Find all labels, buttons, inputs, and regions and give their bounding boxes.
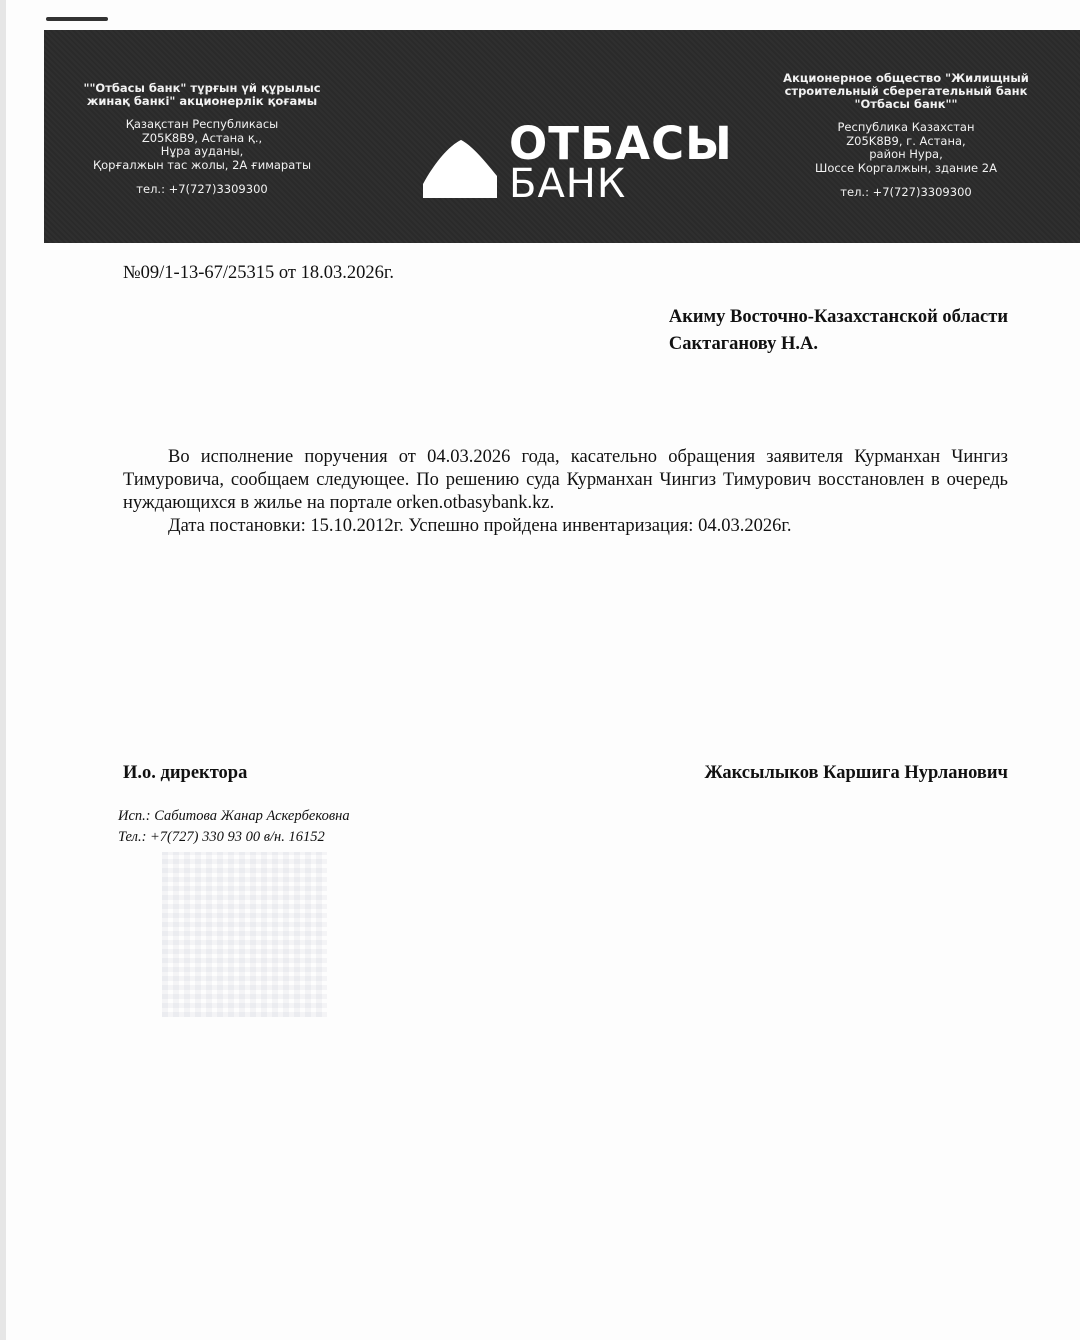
org-name-kz: ""Отбасы банк" тұрғын үй құрылыс жинақ б… [82, 82, 322, 108]
addressee-name: Сактаганову Н.А. [669, 331, 1008, 358]
address-line: Республика Казахстан [766, 121, 1046, 135]
executor-phone: Тел.: +7(727) 330 93 00 в/н. 16152 [118, 827, 350, 848]
letterhead-kazakh: ""Отбасы банк" тұрғын үй құрылыс жинақ б… [82, 82, 322, 196]
bank-logo: ОТБАСЫ БАНК [423, 102, 713, 202]
address-line: Қорғалжын тас жолы, 2А ғимараты [82, 159, 322, 173]
addressee: Акиму Восточно-Казахстанской области Сак… [669, 304, 1008, 358]
bleed-through-qr [162, 852, 327, 1017]
address-kz: Қазақстан Республикасы Z05K8B9, Астана қ… [82, 118, 322, 172]
address-ru: Республика Казахстан Z05K8B9, г. Астана,… [766, 121, 1046, 175]
address-line: Қазақстан Республикасы [82, 118, 322, 132]
letterhead: ""Отбасы банк" тұрғын үй құрылыс жинақ б… [44, 30, 1080, 243]
executor-name: Исп.: Сабитова Жанар Аскербековна [118, 806, 350, 827]
signatory-title: И.о. директора [123, 763, 247, 784]
house-roof-icon [423, 128, 497, 198]
letter-body: Во исполнение поручения от 04.03.2026 го… [123, 446, 1008, 538]
org-name-ru: Акционерное общество "Жилищный строитель… [766, 72, 1046, 111]
body-paragraph: Во исполнение поручения от 04.03.2026 го… [123, 446, 1008, 515]
letterhead-russian: Акционерное общество "Жилищный строитель… [766, 72, 1046, 199]
address-line: Нұра ауданы, [82, 145, 322, 159]
logo-text-bank: БАНК [509, 164, 626, 204]
phone-ru: тел.: +7(727)3309300 [766, 185, 1046, 199]
signatory-name: Жаксылыков Каршига Нурланович [705, 763, 1008, 784]
body-paragraph: Дата постановки: 15.10.2012г. Успешно пр… [123, 515, 1008, 538]
outgoing-reference: №09/1-13-67/25315 от 18.03.2026г. [123, 263, 394, 284]
addressee-position: Акиму Восточно-Казахстанской области [669, 304, 1008, 331]
address-line: Шоссе Коргалжын, здание 2А [766, 162, 1046, 176]
address-line: Z05K8B9, г. Астана, [766, 135, 1046, 149]
address-line: Z05K8B9, Астана қ., [82, 132, 322, 146]
phone-kz: тел.: +7(727)3309300 [82, 182, 322, 196]
executor-info: Исп.: Сабитова Жанар Аскербековна Тел.: … [118, 806, 350, 848]
address-line: район Нура, [766, 148, 1046, 162]
page-edge [0, 0, 6, 1340]
scan-mark [46, 17, 108, 21]
